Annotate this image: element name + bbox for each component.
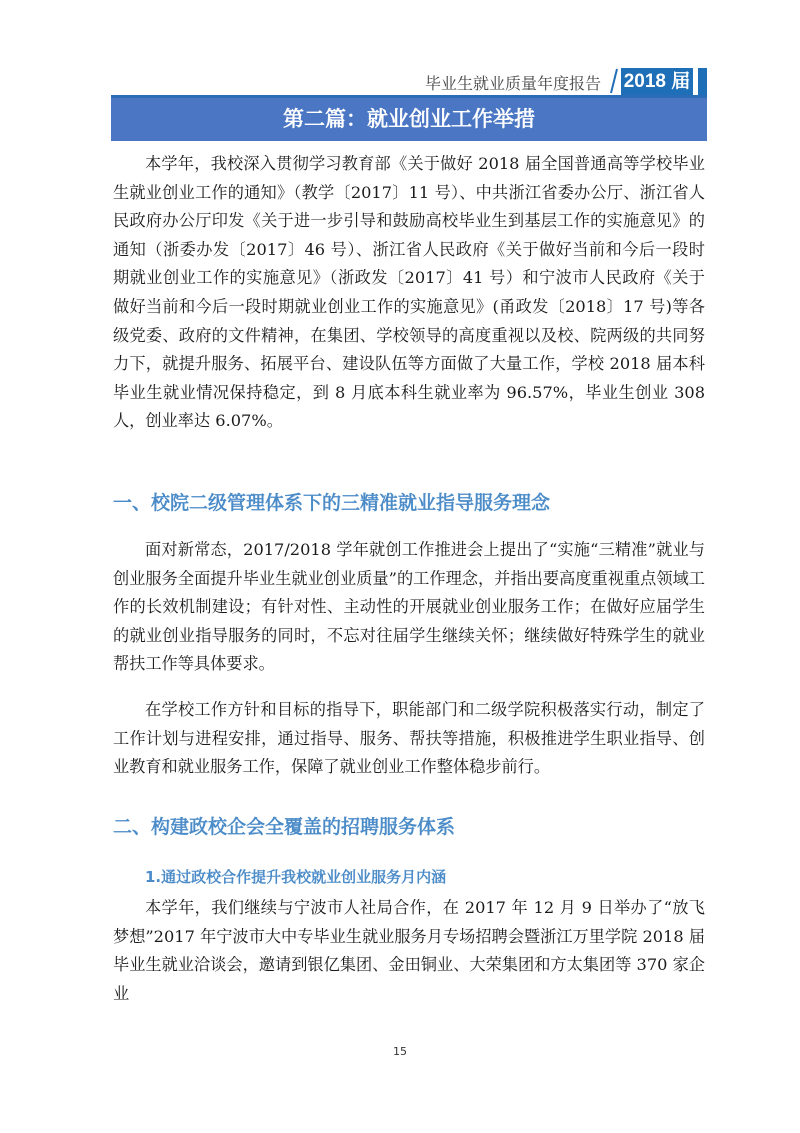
report-title: 毕业生就业质量年度报告: [425, 71, 601, 94]
slash-divider-icon: [609, 68, 619, 94]
intro-paragraph: 本学年，我校深入贯彻学习教育部《关于做好 2018 届全国普通高等学校毕业生就业…: [113, 150, 705, 436]
running-header: 毕业生就业质量年度报告 2018 届: [111, 68, 707, 96]
year-badge: 2018 届: [621, 68, 693, 96]
section-title: 第二篇：就业创业工作举措: [111, 98, 707, 141]
header-accent-bar: [698, 68, 707, 96]
subsection-heading-1: 1.通过政校合作提升我校就业创业服务月内涵: [145, 866, 446, 887]
section-1-paragraph-1: 面对新常态，2017/2018 学年就创工作推进会上提出了“实施“三精准”就业与…: [113, 536, 705, 679]
page-number: 15: [0, 1045, 800, 1058]
section-1-paragraph-2: 在学校工作方针和目标的指导下，职能部门和二级学院积极落实行动，制定了工作计划与进…: [113, 696, 705, 782]
section-2-paragraph-1: 本学年，我们继续与宁波市人社局合作，在 2017 年 12 月 9 日举办了“放…: [113, 894, 705, 1008]
section-heading-1: 一、校院二级管理体系下的三精准就业指导服务理念: [113, 488, 550, 515]
section-heading-2: 二、构建政校企会全覆盖的招聘服务体系: [113, 812, 455, 839]
